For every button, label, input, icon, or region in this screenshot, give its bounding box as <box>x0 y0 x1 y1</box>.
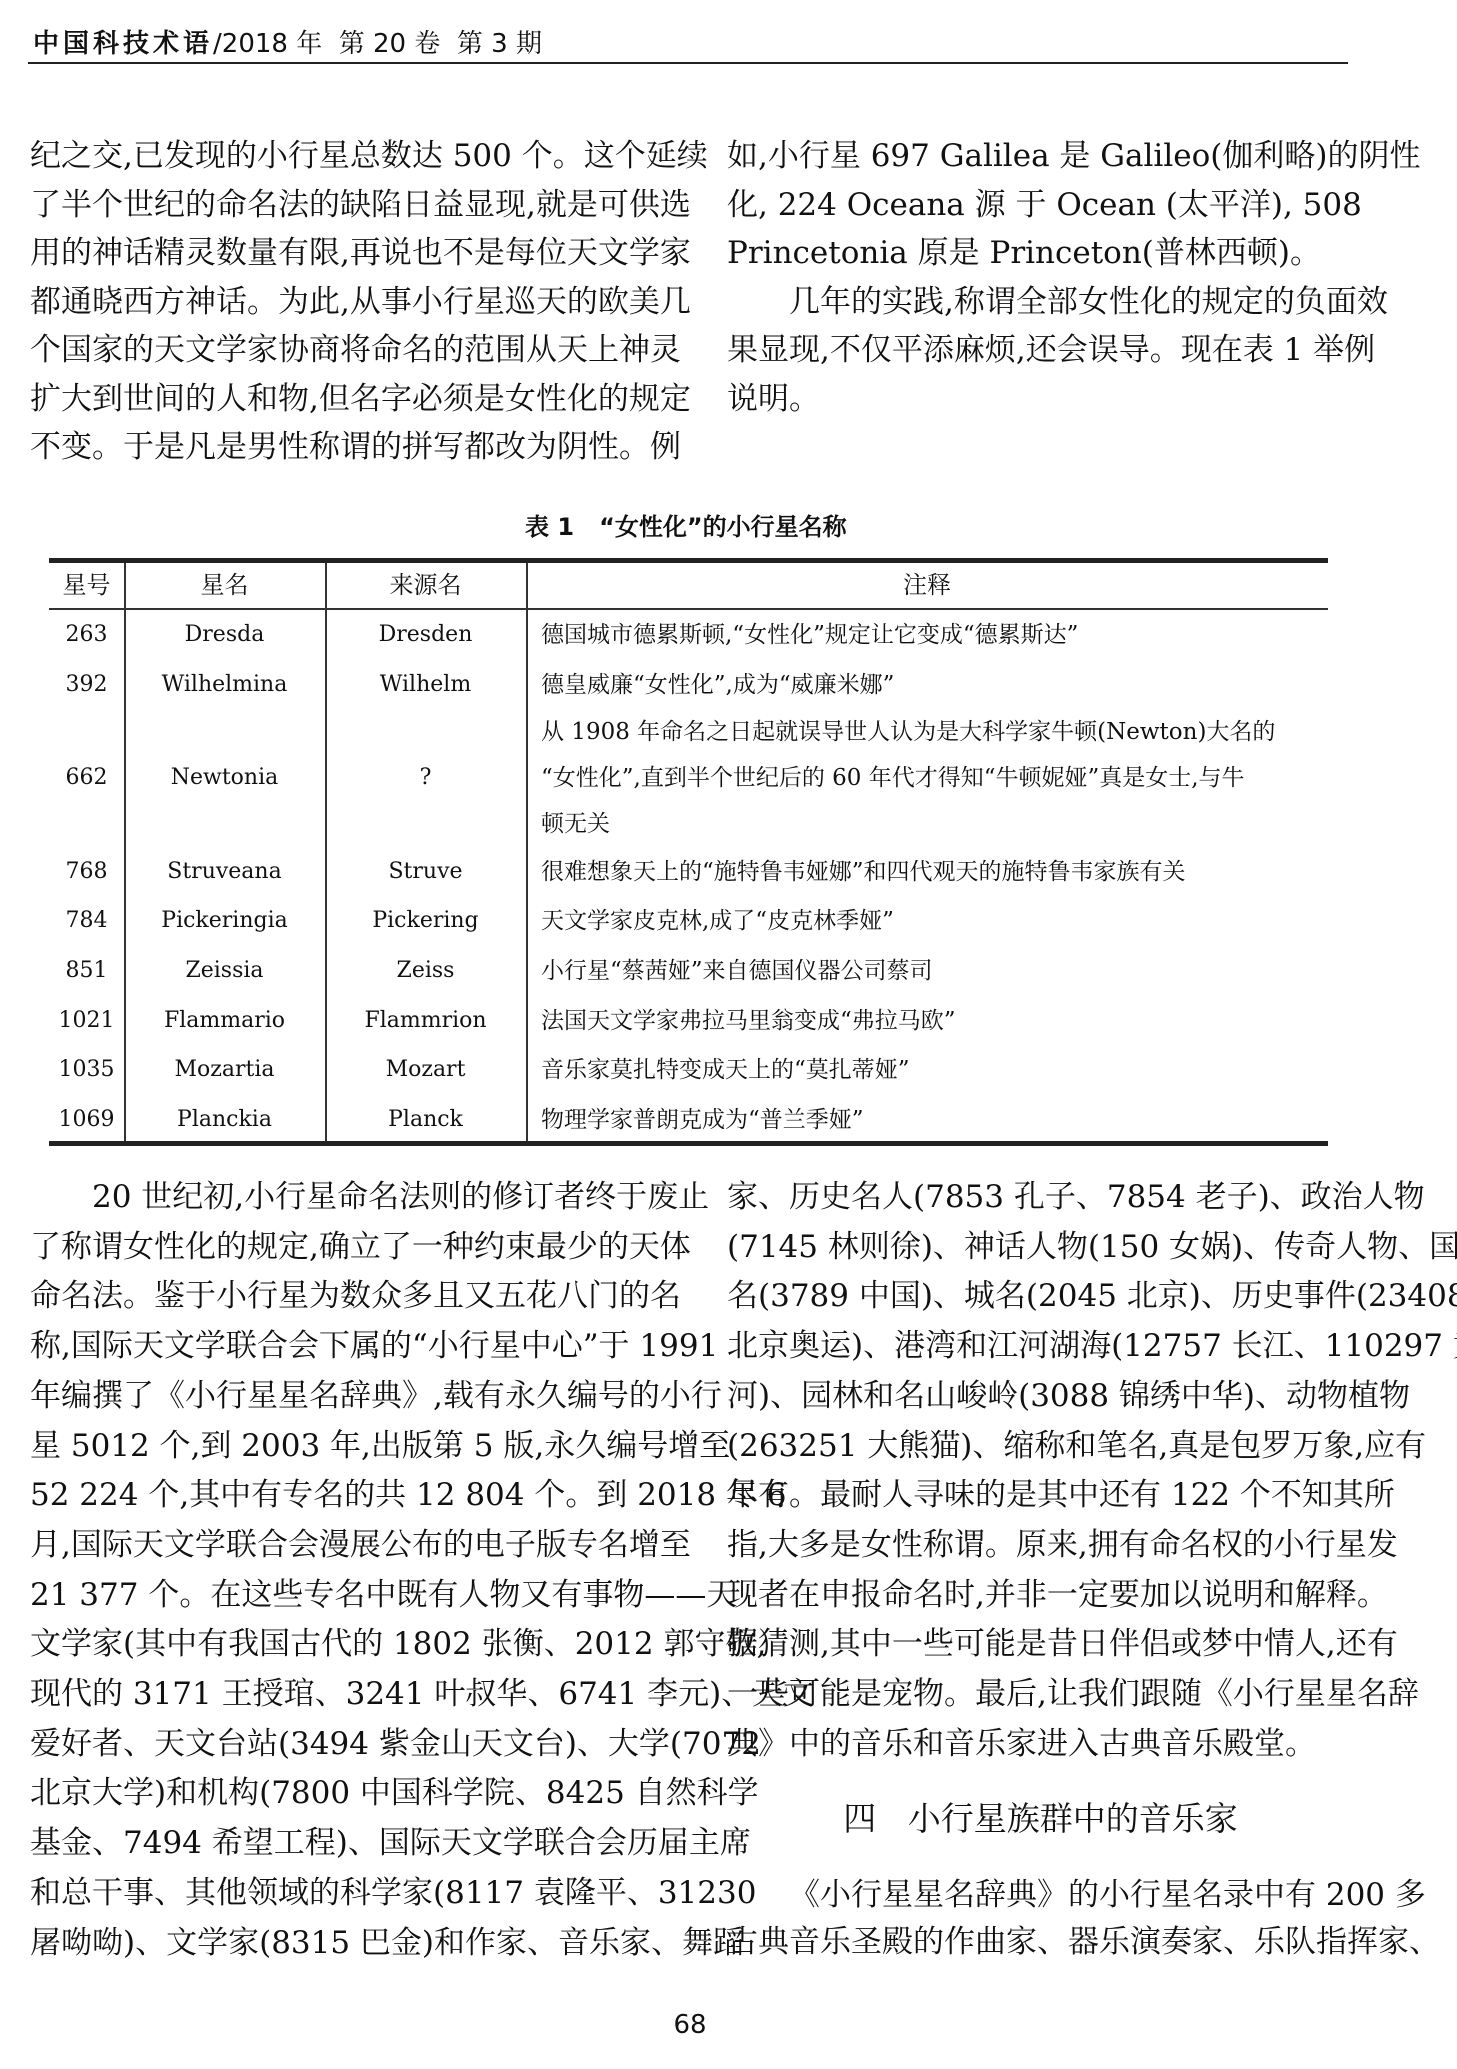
text-line: 了称谓女性化的规定,确立了一种约束最少的天体 <box>30 1227 657 1267</box>
header-rule <box>28 62 1348 64</box>
cell-number: 263 <box>49 612 124 658</box>
cell-source: Flammrion <box>325 998 526 1044</box>
text-line: 说明。 <box>727 379 1354 419</box>
cell-number: 784 <box>49 898 124 944</box>
cell-number: 392 <box>49 662 124 708</box>
paragraph-first-line: 《小行星星名辞典》的小行星名录中有 200 多 <box>789 1875 1354 1915</box>
text-line: 化, 224 Oceana 源 于 Ocean (太平洋), 508 <box>727 185 1354 225</box>
text-line: 名(3789 中国)、城名(2045 北京)、历史事件(23408 <box>727 1276 1354 1316</box>
cell-note: 顿无关 <box>541 801 1321 847</box>
text-line: 指,大多是女性称谓。原来,拥有命名权的小行星发 <box>727 1525 1354 1565</box>
paragraph-first-line: 几年的实践,称谓全部女性化的规定的负面效 <box>789 282 1354 322</box>
cell-name: Newtonia <box>124 755 325 801</box>
text-line: 爱好者、天文台站(3494 紫金山天文台)、大学(7072 <box>30 1724 657 1764</box>
table-caption: 表 1 “女性化”的小行星名称 <box>525 512 847 542</box>
cell-note: 音乐家莫扎特变成天上的“莫扎蒂娅” <box>541 1047 1321 1093</box>
text-line: 月,国际天文学联合会漫展公布的电子版专名增至 <box>30 1525 657 1565</box>
cell-source: Dresden <box>325 612 526 658</box>
text-line: Princetonia 原是 Princeton(普林西顿)。 <box>727 233 1354 273</box>
text-line: 个国家的天文学家协商将命名的范围从天上神灵 <box>30 330 657 370</box>
text-line: 如,小行星 697 Galilea 是 Galileo(伽利略)的阴性 <box>727 136 1354 176</box>
section-heading: 四 小行星族群中的音乐家 <box>727 1797 1354 1841</box>
table-header-rule <box>49 608 1328 610</box>
text-line: 北京奥运)、港湾和江河湖海(12757 长江、110297 黄 <box>727 1326 1354 1366</box>
text-line: 52 224 个,其中有专名的共 12 804 个。到 2018 年 6 <box>30 1475 657 1515</box>
cell-source: ? <box>325 755 526 801</box>
text-line: 星 5012 个,到 2003 年,出版第 5 版,永久编号增至 <box>30 1426 657 1466</box>
text-line: (7145 林则徐)、神话人物(150 女娲)、传奇人物、国 <box>727 1227 1354 1267</box>
cell-note: 德国城市德累斯顿,“女性化”规定让它变成“德累斯达” <box>541 612 1321 658</box>
cell-name: Dresda <box>124 612 325 658</box>
header-name: 星名 <box>124 563 325 608</box>
cell-name: Flammario <box>124 998 325 1044</box>
cell-name: Zeissia <box>124 948 325 994</box>
issue-info: /2018 年 第 20 卷 第 3 期 <box>213 29 542 59</box>
text-line: 纪之交,已发现的小行星总数达 500 个。这个延续 <box>30 136 657 176</box>
text-line: 典》中的音乐和音乐家进入古典音乐殿堂。 <box>727 1724 1354 1764</box>
cell-name: Pickeringia <box>124 898 325 944</box>
text-line: 北京大学)和机构(7800 中国科学院、8425 自然科学 <box>30 1773 657 1813</box>
cell-number: 1021 <box>49 998 124 1044</box>
cell-note: “女性化”,直到半个世纪后的 60 年代才得知“牛顿妮娅”真是女士,与牛 <box>541 755 1321 801</box>
header-source: 来源名 <box>325 563 526 608</box>
text-line: 河)、园林和名山峻岭(3088 锦绣中华)、动物植物 <box>727 1376 1354 1416</box>
text-line: 现代的 3171 王授琯、3241 叶叔华、6741 李元)、天文 <box>30 1674 657 1714</box>
text-line: 21 377 个。在这些专名中既有人物又有事物——天 <box>30 1575 657 1615</box>
cell-source: Zeiss <box>325 948 526 994</box>
cell-number: 768 <box>49 849 124 895</box>
text-line: 命名法。鉴于小行星为数众多且又五花八门的名 <box>30 1276 657 1316</box>
cell-note: 天文学家皮克林,成了“皮克林季娅” <box>541 898 1321 944</box>
cell-note: 法国天文学家弗拉马里翁变成“弗拉马欧” <box>541 998 1321 1044</box>
column-divider <box>526 563 528 1141</box>
text-line: 不变。于是凡是男性称谓的拼写都改为阴性。例 <box>30 427 657 467</box>
cell-source: Wilhelm <box>325 662 526 708</box>
cell-note: 小行星“蔡茜娅”来自德国仪器公司蔡司 <box>541 948 1321 994</box>
cell-note: 从 1908 年命名之日起就误导世人认为是大科学家牛顿(Newton)大名的 <box>541 709 1321 755</box>
text-line: (263251 大熊猫)、缩称和笔名,真是包罗万象,应有 <box>727 1426 1354 1466</box>
text-line: 和总干事、其他领域的科学家(8117 袁隆平、31230 <box>30 1873 657 1913</box>
cell-note: 物理学家普朗克成为“普兰季娅” <box>541 1097 1321 1143</box>
text-line: 尽有。最耐人寻味的是其中还有 122 个不知其所 <box>727 1475 1354 1515</box>
text-line: 家、历史名人(7853 孔子、7854 老子)、政治人物 <box>727 1177 1354 1217</box>
cell-name: Mozartia <box>124 1047 325 1093</box>
text-line: 都通晓西方神话。为此,从事小行星巡天的欧美几 <box>30 282 657 322</box>
text-line: 扩大到世间的人和物,但名字必须是女性化的规定 <box>30 379 657 419</box>
cell-note: 很难想象天上的“施特鲁韦娅娜”和四代观天的施特鲁韦家族有关 <box>541 849 1321 895</box>
cell-source: Struve <box>325 849 526 895</box>
cell-note: 德皇威廉“女性化”,成为“威廉米娜” <box>541 662 1321 708</box>
header-number: 星号 <box>49 563 124 608</box>
cell-number: 851 <box>49 948 124 994</box>
text-line: 用的神话精灵数量有限,再说也不是每位天文学家 <box>30 233 657 273</box>
running-head: 中国科技术语/2018 年 第 20 卷 第 3 期 <box>33 28 542 60</box>
cell-name: Planckia <box>124 1097 325 1143</box>
text-line: 现者在申报命名时,并非一定要加以说明和解释。 <box>727 1575 1354 1615</box>
cell-number: 662 <box>49 755 124 801</box>
text-line: 古典音乐圣殿的作曲家、器乐演奏家、乐队指挥家、 <box>727 1922 1354 1962</box>
cell-source: Planck <box>325 1097 526 1143</box>
text-line: 了半个世纪的命名法的缺陷日益显现,就是可供选 <box>30 185 657 225</box>
text-line: 屠呦呦)、文学家(8315 巴金)和作家、音乐家、舞蹈 <box>30 1923 657 1963</box>
text-line: 一些可能是宠物。最后,让我们跟随《小行星星名辞 <box>727 1674 1354 1714</box>
cell-name: Wilhelmina <box>124 662 325 708</box>
header-note: 注释 <box>526 563 1328 608</box>
text-line: 基金、7494 希望工程)、国际天文学联合会历届主席 <box>30 1823 657 1863</box>
page-number: 68 <box>668 2010 712 2040</box>
text-line: 年编撰了《小行星星名辞典》,载有永久编号的小行 <box>30 1376 657 1416</box>
cell-source: Pickering <box>325 898 526 944</box>
text-line: 果显现,不仅平添麻烦,还会误导。现在表 1 举例 <box>727 330 1354 370</box>
cell-source: Mozart <box>325 1047 526 1093</box>
text-line: 文学家(其中有我国古代的 1802 张衡、2012 郭守敬, <box>30 1624 657 1664</box>
paragraph-first-line: 20 世纪初,小行星命名法则的修订者终于废止 <box>92 1177 657 1217</box>
cell-number: 1035 <box>49 1047 124 1093</box>
cell-name: Struveana <box>124 849 325 895</box>
cell-number: 1069 <box>49 1097 124 1143</box>
text-line: 称,国际天文学联合会下属的“小行星中心”于 1991 <box>30 1326 657 1366</box>
journal-title: 中国科技术语 <box>33 29 213 59</box>
text-line: 据猜测,其中一些可能是昔日伴侣或梦中情人,还有 <box>727 1624 1354 1664</box>
